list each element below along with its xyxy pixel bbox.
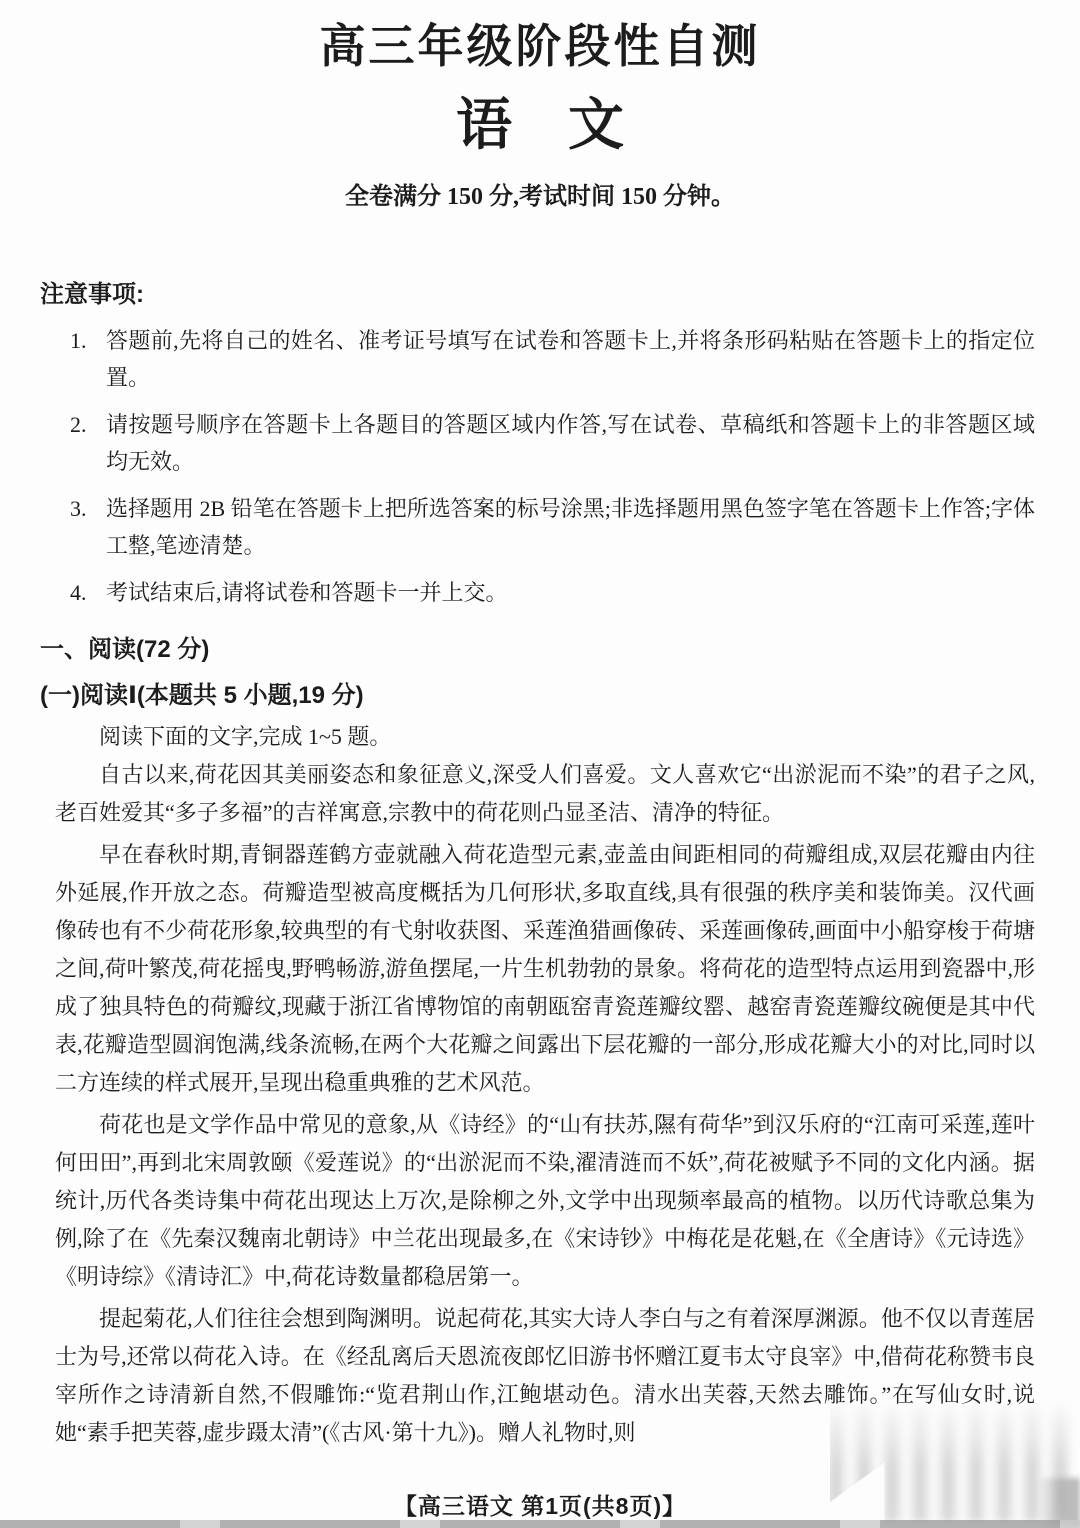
exam-page: 高三年级阶段性自测 语文 全卷满分 150 分,考试时间 150 分钟。 注意事… bbox=[0, 0, 1080, 1528]
passage-paragraph-3: 荷花也是文学作品中常见的意象,从《诗经》的“山有扶苏,隰有荷华”到汉乐府的“江南… bbox=[55, 1106, 1035, 1296]
reading-section: 一、阅读(72 分) (一)阅读Ⅰ(本题共 5 小题,19 分) 阅读下面的文字… bbox=[55, 634, 1035, 1452]
notice-item-text: 考试结束后,请将试卷和答题卡一并上交。 bbox=[106, 580, 508, 605]
notice-item-number: 3. bbox=[70, 490, 87, 527]
subject-title: 语文 bbox=[0, 94, 1080, 158]
exam-info: 全卷满分 150 分,考试时间 150 分钟。 bbox=[0, 182, 1080, 212]
notice-section: 注意事项: 1. 答题前,先将自己的姓名、准考证号填写在试卷和答题卡上,并将条形… bbox=[40, 278, 1035, 621]
passage-paragraph-2: 早在春秋时期,青铜器莲鹤方壶就融入荷花造型元素,壶盖由间距相同的荷瓣组成,双层花… bbox=[55, 836, 1035, 1102]
notice-item-text: 请按题号顺序在答题卡上各题目的答题区域内作答,写在试卷、草稿纸和答题卡上的非答题… bbox=[106, 412, 1035, 474]
notice-item-number: 1. bbox=[70, 322, 87, 359]
section-heading: 一、阅读(72 分) bbox=[40, 634, 1035, 666]
passage-paragraph-1: 自古以来,荷花因其美丽姿态和象征意义,深受人们喜爱。文人喜欢它“出淤泥而不染”的… bbox=[55, 756, 1035, 832]
notice-item-number: 2. bbox=[70, 406, 87, 443]
page-title: 高三年级阶段性自测 bbox=[0, 16, 1080, 78]
passage-paragraph-4: 提起菊花,人们往往会想到陶渊明。说起荷花,其实大诗人李白与之有着深厚渊源。他不仅… bbox=[55, 1300, 1035, 1452]
notice-item: 1. 答题前,先将自己的姓名、准考证号填写在试卷和答题卡上,并将条形码粘贴在答题… bbox=[70, 322, 1035, 396]
subsection-heading: (一)阅读Ⅰ(本题共 5 小题,19 分) bbox=[40, 680, 1035, 712]
notice-item: 4. 考试结束后,请将试卷和答题卡一并上交。 bbox=[70, 574, 1035, 611]
page-footer: 【高三语文 第1页(共8页)】 bbox=[0, 1488, 1080, 1521]
notice-item-text: 答题前,先将自己的姓名、准考证号填写在试卷和答题卡上,并将条形码粘贴在答题卡上的… bbox=[106, 328, 1035, 390]
notice-item: 3. 选择题用 2B 铅笔在答题卡上把所选答案的标号涂黑;非选择题用黑色签字笔在… bbox=[70, 490, 1035, 564]
notice-heading: 注意事项: bbox=[40, 278, 1035, 312]
exam-header: 高三年级阶段性自测 语文 全卷满分 150 分,考试时间 150 分钟。 bbox=[0, 16, 1080, 212]
notice-list: 1. 答题前,先将自己的姓名、准考证号填写在试卷和答题卡上,并将条形码粘贴在答题… bbox=[40, 322, 1035, 611]
notice-item-number: 4. bbox=[70, 574, 87, 611]
page-edge-strip bbox=[0, 1520, 1080, 1528]
reading-instruction: 阅读下面的文字,完成 1~5 题。 bbox=[55, 718, 1035, 756]
notice-item: 2. 请按题号顺序在答题卡上各题目的答题区域内作答,写在试卷、草稿纸和答题卡上的… bbox=[70, 406, 1035, 480]
notice-item-text: 选择题用 2B 铅笔在答题卡上把所选答案的标号涂黑;非选择题用黑色签字笔在答题卡… bbox=[106, 496, 1035, 558]
